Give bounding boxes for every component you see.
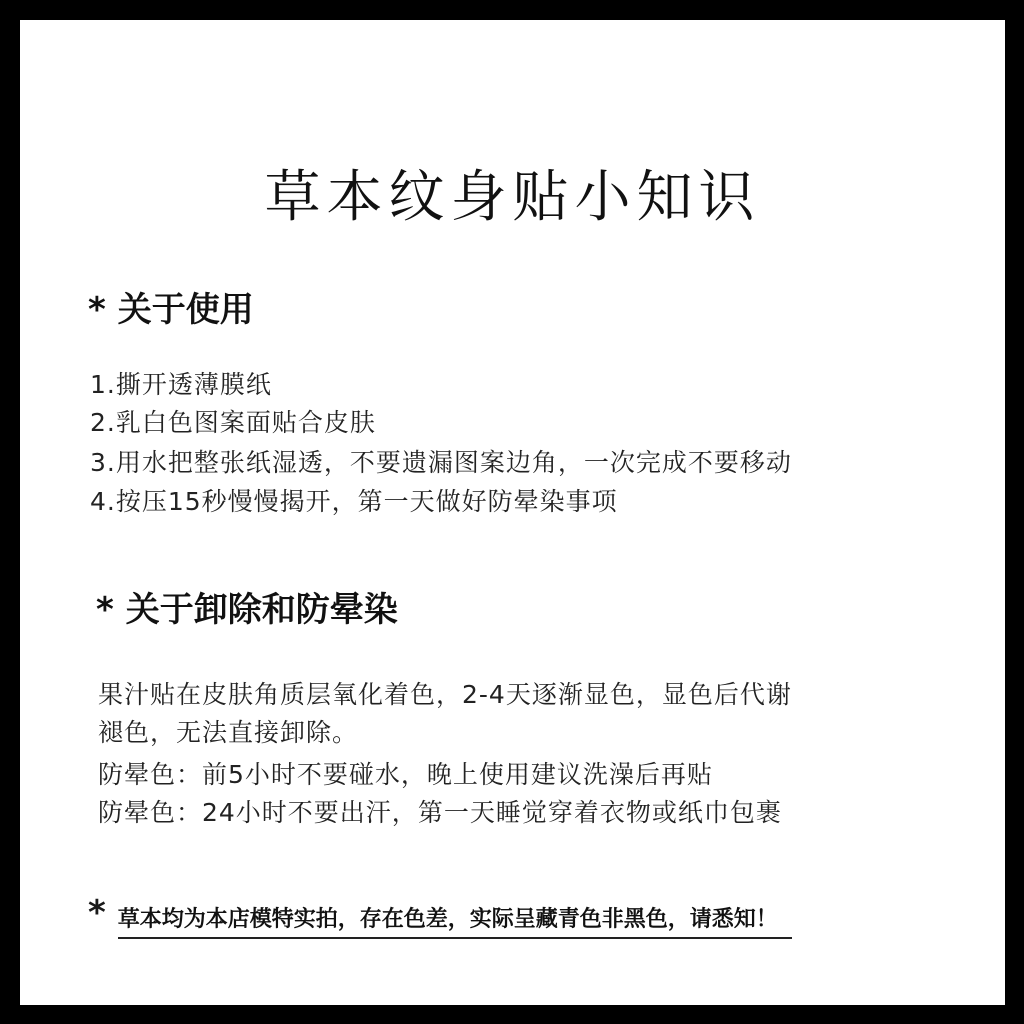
section-heading-text: 关于卸除和防晕染 bbox=[126, 590, 398, 630]
usage-step-4: 4.按压15秒慢慢揭开，第一天做好防晕染事项 bbox=[90, 482, 618, 518]
removal-line-1: 果汁贴在皮肤角质层氧化着色，2-4天逐渐显色，显色后代谢 bbox=[98, 675, 792, 711]
asterisk-icon: * bbox=[88, 290, 106, 330]
section-heading-removal: *关于卸除和防晕染 bbox=[96, 582, 398, 631]
page-title: 草本纹身贴小知识 bbox=[20, 153, 1005, 233]
asterisk-icon: * bbox=[88, 896, 106, 930]
usage-step-1: 1.撕开透薄膜纸 bbox=[90, 365, 272, 401]
removal-line-2: 褪色，无法直接卸除。 bbox=[98, 713, 358, 749]
usage-step-3: 3.用水把整张纸湿透，不要遗漏图案边角，一次完成不要移动 bbox=[90, 443, 792, 479]
section-heading-usage: *关于使用 bbox=[88, 282, 254, 331]
usage-step-2: 2.乳白色图案面贴合皮肤 bbox=[90, 403, 376, 439]
disclaimer-text: 草本均为本店模特实拍，存在色差，实际呈藏青色非黑色，请悉知！ bbox=[118, 902, 792, 939]
section-heading-text: 关于使用 bbox=[118, 290, 254, 330]
asterisk-icon: * bbox=[96, 590, 114, 630]
color-disclaimer: * 草本均为本店模特实拍，存在色差，实际呈藏青色非黑色，请悉知！ bbox=[88, 896, 792, 939]
anti-smudge-tip-2: 防晕色：24小时不要出汗，第一天睡觉穿着衣物或纸巾包裹 bbox=[98, 793, 782, 829]
info-card: 草本纹身贴小知识 *关于使用 1.撕开透薄膜纸 2.乳白色图案面贴合皮肤 3.用… bbox=[20, 20, 1005, 1005]
anti-smudge-tip-1: 防晕色：前5小时不要碰水，晚上使用建议洗澡后再贴 bbox=[98, 755, 713, 791]
